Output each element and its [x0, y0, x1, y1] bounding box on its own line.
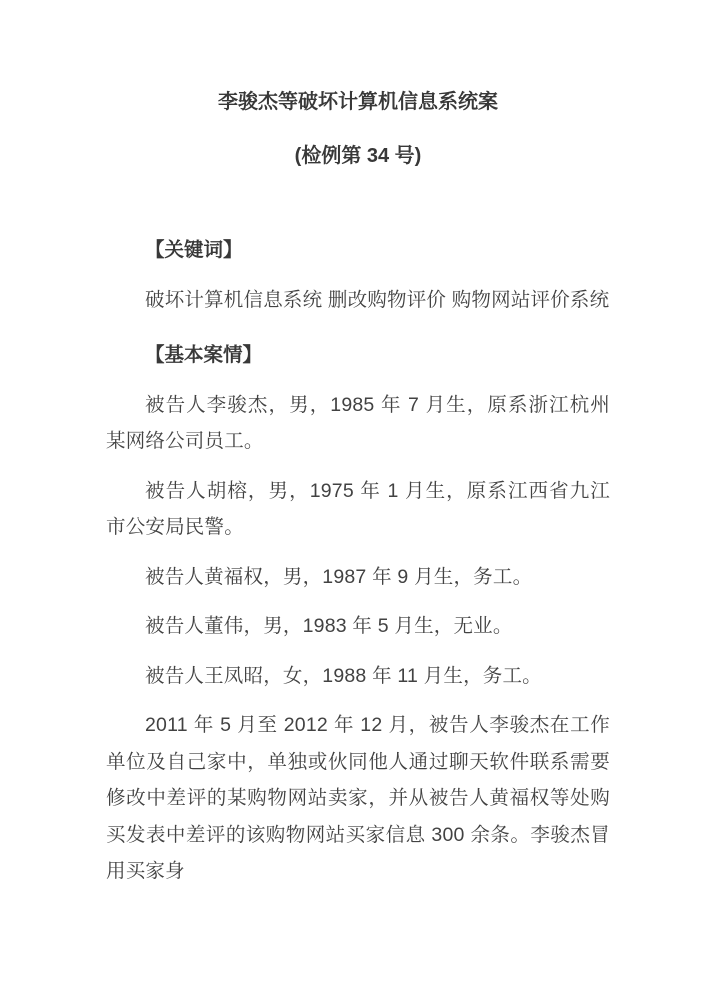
- case-number: (检例第 34 号): [106, 142, 610, 170]
- section-heading-keywords: 【关键词】: [106, 232, 610, 269]
- paragraph-defendant-li-junjie: 被告人李骏杰，男，1985 年 7 月生，原系浙江杭州某网络公司员工。: [106, 387, 610, 460]
- paragraph-case-facts: 2011 年 5 月至 2012 年 12 月，被告人李骏杰在工作单位及自己家中…: [106, 707, 610, 890]
- section-heading-basic-facts: 【基本案情】: [106, 337, 610, 374]
- paragraph-defendant-hu-rong: 被告人胡榕，男，1975 年 1 月生，原系江西省九江市公安局民警。: [106, 473, 610, 546]
- paragraph-defendant-wang-fengzhao: 被告人王凤昭，女，1988 年 11 月生，务工。: [106, 658, 610, 695]
- document-title: 李骏杰等破坏计算机信息系统案: [106, 88, 610, 116]
- paragraph-defendant-dong-wei: 被告人董伟，男，1983 年 5 月生，无业。: [106, 608, 610, 645]
- keywords-paragraph: 破坏计算机信息系统 删改购物评价 购物网站评价系统: [106, 282, 610, 319]
- paragraph-defendant-huang-fuquan: 被告人黄福权，男，1987 年 9 月生，务工。: [106, 559, 610, 596]
- document-page: 李骏杰等破坏计算机信息系统案 (检例第 34 号) 【关键词】 破坏计算机信息系…: [0, 0, 707, 999]
